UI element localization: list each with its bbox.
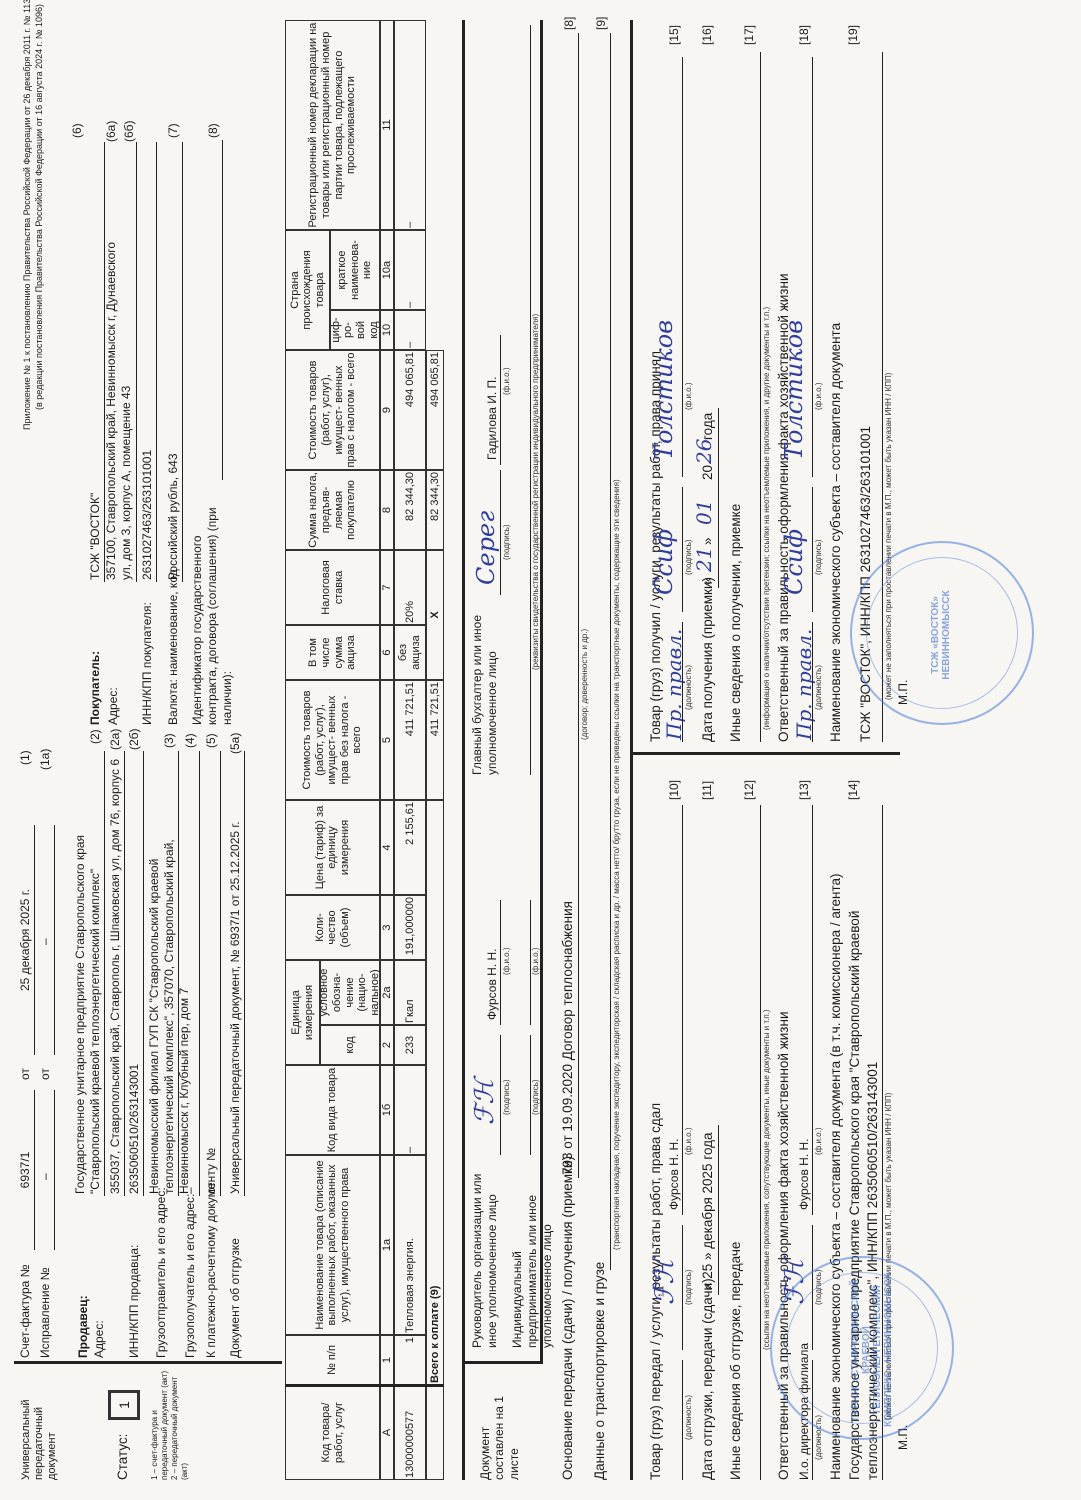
seller-label: Продавец: (76, 1295, 90, 1358)
header-cost_no_tax: Стоимость товаров (работ, услуг), имущес… (285, 680, 380, 800)
received-position-caption: (должность) (684, 665, 693, 710)
consignee-value: – (183, 1187, 197, 1194)
header-tax_sum: Сумма налога, предъяв- ляемая покупателю (285, 470, 380, 550)
column-number: А (380, 1385, 394, 1480)
table-cell-code: 13000000577 (394, 1385, 426, 1480)
header-divider (14, 1361, 282, 1364)
payment-doc-from: от (204, 1182, 218, 1194)
total-cost-with-tax: 494 065,81 (426, 350, 444, 470)
receive-responsible-fio-caption: (ф.и.о.) (814, 383, 823, 411)
table-cell-tax_rate: 20% (394, 550, 426, 625)
buyer-address-label: Адрес: (106, 687, 120, 725)
consignee-label: Грузополучатель и его адрес: (183, 1194, 197, 1358)
handed-position-caption: (должность) (684, 1395, 693, 1440)
buyer-address: 357100, Ставропольский край, Невинномысс… (104, 240, 134, 580)
table-cell-cost_with_tax: 494 065,81 (394, 350, 426, 470)
ip-requisites-caption: (реквизиты свидетельства о государственн… (531, 314, 540, 670)
ship-responsible-fio-caption: (ф.и.о.) (814, 1128, 823, 1156)
basis-caption: (договор; доверенность и др.) (580, 629, 589, 740)
column-number: 2 (380, 1025, 394, 1065)
status-box: 1 (108, 1390, 140, 1420)
column-number: 3 (380, 895, 394, 960)
buyer-stamp-text: ТСЖ «ВОСТОК» НЕВИННОМЫССК (930, 560, 952, 710)
received-name-handwriting: Толстиков (650, 320, 678, 460)
invoice-date: 25 декабря 2025 г. (18, 850, 32, 1030)
seller-inn-label: ИНН/КПП продавца: (127, 1245, 141, 1358)
ref-17: [17] (742, 25, 756, 45)
receive-date-open: « (700, 577, 715, 585)
header-unit_code: код (320, 1025, 380, 1065)
seller-name: Государственное унитарное предприятие Ст… (73, 754, 103, 1194)
receive-other-label: Иные сведения о получении, приемке (728, 504, 743, 742)
handed-fio-caption: (ф.и.о.) (684, 1128, 693, 1156)
column-number: 5 (380, 680, 394, 800)
table-cell-num: 1 (394, 1335, 426, 1385)
status-note: 1 – счет-фактура и передаточный документ… (150, 1368, 190, 1480)
table-cell-tax_sum: 82 344,30 (394, 470, 426, 550)
doc-pages: Документ составлен на 1 листе (478, 1370, 521, 1480)
receive-date-day: 21 (692, 547, 716, 572)
correction-date: – (38, 938, 52, 945)
accountant-sign-caption: (подпись) (502, 524, 511, 560)
ref-14: [14] (846, 780, 860, 800)
correction-from: от (38, 1068, 52, 1080)
ip-fio-caption: (ф.и.о.) (531, 948, 540, 976)
column-number: 7 (380, 550, 394, 625)
shipment-doc-label: Документ об отгрузке (228, 1238, 242, 1358)
ship-date-label: Дата отгрузки, передачи (сдачи) (700, 1278, 715, 1480)
header-name: Наименование товара (описание выполненны… (285, 1155, 380, 1335)
receive-date-year-suffix: года (700, 413, 715, 440)
head-name: Фурсов Н. Н. (485, 948, 499, 1020)
ship-other-caption: (ссылки на неотъемлемые приложения, сопу… (762, 1009, 771, 1350)
receive-date-close: » (700, 537, 715, 545)
contract-label: Идентификатор государственного контракта… (190, 475, 235, 725)
table-cell-excise: без акциза (394, 625, 426, 680)
ref-1a: (1а) (38, 749, 52, 770)
invoice-number: 6937/1 (18, 1110, 32, 1230)
accountant-fio-caption: (ф.и.о.) (502, 368, 511, 396)
head-signature: ℱℋ (470, 1079, 500, 1125)
ship-responsible-label: Ответственный за правильность оформления… (776, 1012, 791, 1481)
seller-stamp-text: ГУП СК «СТАВРОПОЛЬСКИЙ КРАЕВОЙ ТЕПЛОЭНЕР… (850, 1270, 894, 1430)
ref-16: [16] (700, 25, 714, 45)
accountant-name: Гадилова И. П. (485, 376, 499, 460)
table-cell-price: 2 155,61 (394, 800, 426, 895)
handed-name: Фурсов Н. Н. (667, 1138, 681, 1210)
appendix-line-1: Приложение № 1 к постановлению Правитель… (22, 0, 32, 430)
column-number: 1а (380, 1155, 394, 1335)
column-number: 1 (380, 1335, 394, 1385)
ref-2a: (2а) (108, 729, 122, 750)
handed-signature: ℱℋ (650, 1259, 680, 1305)
column-number: 6 (380, 625, 394, 680)
receive-date-year-prefix: 20 (700, 465, 715, 480)
receive-responsible-signature: Ссиф (780, 529, 808, 595)
ref-9: [9] (594, 17, 608, 30)
currency-value: Российский рубль, 643 (166, 454, 180, 581)
ref-8: (8) (206, 123, 220, 138)
currency-label: Валюта: наименование, код (166, 569, 180, 725)
table-cell-unit_name: Гкал (394, 960, 426, 1025)
ref-5: (5) (204, 733, 218, 748)
header-country_code: циф- ро- вой код (330, 310, 380, 350)
appendix-line-2: (в редакции постановления Правительства … (34, 4, 44, 410)
doc-type: Универсальный передаточный документ (20, 1370, 60, 1480)
header-price: Цена (тариф) за единицу измерения (285, 800, 380, 895)
payment-doc-label: К платежно-расчетному документу № (204, 1148, 218, 1358)
table-cell-country_code: – (394, 310, 426, 350)
head-sign-caption: (подпись) (502, 1079, 511, 1115)
buyer-label: Покупатель: (88, 651, 102, 725)
shipper-value: Невинномысский филиал ГУП СК "Ставрополь… (147, 754, 192, 1194)
table-cell-reg_number: – (394, 20, 426, 230)
receive-responsible-position-caption: (должность) (814, 665, 823, 710)
receive-responsible-name-handwriting: Толстиков (780, 320, 808, 460)
buyer-name: ТСЖ "ВОСТОК" (88, 493, 102, 580)
document-page: Универсальный передаточный документ Прил… (0, 0, 1081, 1500)
column-number: 2а (380, 960, 394, 1025)
column-number: 9 (380, 350, 394, 470)
header-code: Код товара/ работ, услуг (285, 1385, 380, 1480)
ref-18: [18] (797, 25, 811, 45)
header-num: № п/п (285, 1335, 380, 1385)
ref-7: (7) (166, 123, 180, 138)
table-cell-unit_code: 233 (394, 1025, 426, 1065)
ref-6: (6) (70, 123, 84, 138)
total-cost-no-tax: 411 721,51 (426, 680, 444, 800)
column-number: 1б (380, 1065, 394, 1155)
ref-2: (2) (88, 729, 102, 744)
ship-date-value: « 25 » декабря 2025 года (700, 1132, 715, 1290)
ip-label: Индивидуальный предприниматель или иное … (510, 1158, 555, 1348)
correction-number: – (38, 1173, 52, 1180)
transport-label: Данные о транспортировке и грузе (592, 1262, 607, 1480)
header-cost_with_tax: Стоимость товаров (работ, услуг), имущес… (285, 350, 380, 470)
column-number: 8 (380, 470, 394, 550)
total-label: Всего к оплате (9) (426, 800, 444, 1385)
header-kind_code: Код вида товара (285, 1065, 380, 1155)
receive-date-label: Дата получения (приемки) (700, 577, 715, 742)
receive-entity-label: Наименование экономического субъекта – с… (828, 323, 843, 742)
table-cell-cost_no_tax: 411 721,51 (394, 680, 426, 800)
accountant-label: Главный бухгалтер или иное уполномоченно… (470, 585, 500, 775)
column-number: 11 (380, 20, 394, 230)
receive-date-year: 26 (692, 439, 716, 464)
table-cell-qty: 191,000000 (394, 895, 426, 960)
basis-value: 793 от 19.09.2020 Договор теплоснабжения (560, 901, 575, 1175)
correction-label: Исправление № (38, 1268, 52, 1358)
received-signature: Ссиф (650, 529, 678, 595)
table-cell-kind_code: – (394, 1065, 426, 1155)
ref-19: [19] (846, 25, 860, 45)
invoice-label: Счет-фактура № (18, 1264, 32, 1358)
header-excise: В том числе сумма акциза (285, 625, 380, 680)
ref-5a: (5а) (228, 733, 242, 754)
basis-label: Основание передачи (сдачи) / получения (… (560, 1156, 575, 1480)
transport-caption: (транспортная накладная, поручение экспе… (612, 479, 621, 1250)
header-unit_name: условное обозна- чение (нацио- нальное) (320, 960, 380, 1025)
buyer-inn: 2631027463/263101001 (140, 450, 154, 580)
total-tax-sum: 82 344,30 (426, 470, 444, 550)
ref-1: (1) (18, 750, 32, 765)
table-cell-name: Тепловая энергия. (394, 1155, 426, 1335)
ref-3: (3) (162, 733, 176, 748)
column-number: 10а (380, 230, 394, 310)
header-qty: Коли- чество (объем) (285, 895, 380, 960)
receive-date-month-handwriting: 01 (692, 500, 716, 525)
ref-13: [13] (797, 780, 811, 800)
header-reg_number: Регистрационный номер декларации на това… (285, 20, 380, 230)
ship-responsible-name: Фурсов Н. Н. (797, 1138, 811, 1210)
status-label: Статус: (115, 1434, 130, 1480)
buyer-inn-label: ИНН/КПП покупателя: (140, 602, 154, 725)
ref-11: [11] (700, 781, 714, 800)
ref-6a: (6а) (104, 121, 118, 142)
ref-6b: (6б) (122, 120, 136, 142)
header-tax_rate: Налоговая ставка (285, 550, 380, 625)
receive-responsible-sign-caption: (подпись) (814, 539, 823, 575)
total-spacer (426, 1385, 444, 1480)
ref-15: [15] (667, 25, 681, 45)
table-cell-country_name: – (394, 230, 426, 310)
ref-8-basis: [8] (562, 17, 576, 30)
seller-inn: 2635060510/263143001 (127, 1064, 141, 1194)
ref-2b: (2б) (127, 728, 141, 750)
shipment-doc-value: Универсальный передаточный документ, № 6… (228, 821, 242, 1194)
total-tax-rate: X (426, 550, 444, 680)
head-label: Руководитель организации или иное уполно… (470, 1158, 500, 1348)
handed-sign-caption: (подпись) (684, 1269, 693, 1305)
shipper-label: Грузоотправитель и его адрес: (154, 1187, 168, 1358)
ref-12: [12] (742, 780, 756, 800)
header-unit-group: Единица измерения (285, 960, 320, 1065)
ip-sign-caption: (подпись) (531, 1079, 540, 1115)
ref-4: (4) (183, 733, 197, 748)
invoice-from: от (18, 1068, 32, 1080)
received-fio-caption: (ф.и.о.) (684, 383, 693, 411)
column-number: 4 (380, 800, 394, 895)
header-country_name: краткое наименова- ние (330, 230, 380, 310)
ship-other-label: Иные сведения об отгрузке, передаче (728, 1242, 743, 1480)
accountant-signature: Серег (472, 511, 500, 585)
receive-other-caption: (информация о наличии/отсутствии претенз… (762, 307, 771, 730)
header-country-group: Страна происхождения товара (285, 230, 330, 350)
head-fio-caption: (ф.и.о.) (502, 948, 511, 976)
seller-address: 355037, Ставропольский край, Ставрополь … (108, 759, 122, 1194)
seller-address-label: Адрес: (92, 1320, 106, 1358)
column-number: 10 (380, 310, 394, 350)
ref-10: [10] (667, 780, 681, 800)
